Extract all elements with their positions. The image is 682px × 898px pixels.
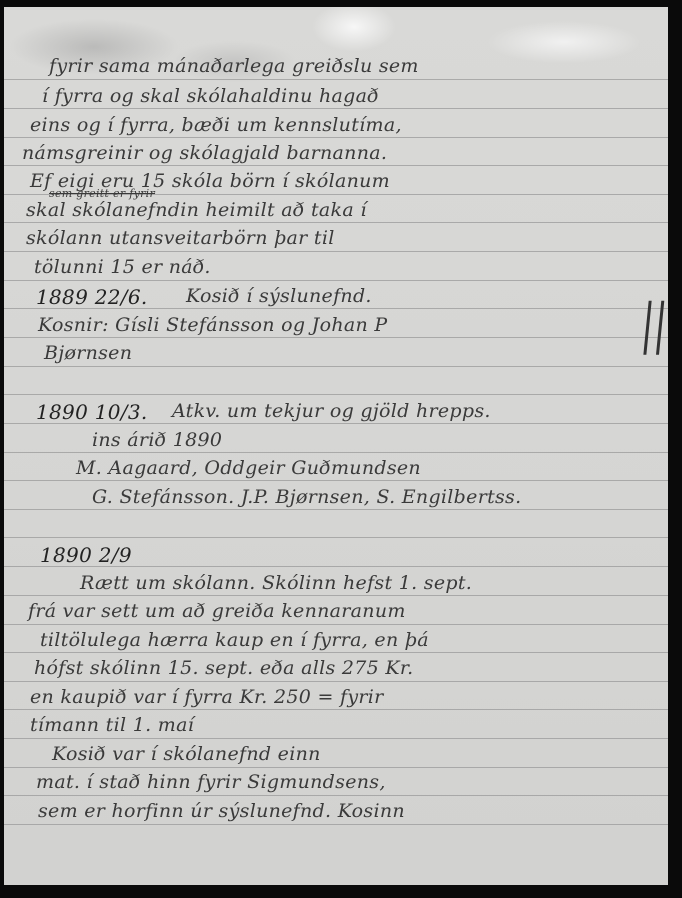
- text-line: námsgreinir og skólagjald barnanna.: [22, 144, 387, 163]
- rule-line: [4, 681, 668, 682]
- rule-line: [4, 366, 668, 367]
- entry-line: Bjørnsen: [44, 344, 132, 363]
- rule-line: [4, 108, 668, 109]
- rule-line: [4, 251, 668, 252]
- rule-line: [4, 480, 668, 481]
- text-line: fyrir sama mánaðarlega greiðslu sem: [49, 57, 419, 76]
- text-line: í fyrra og skal skólahaldinu hagað: [42, 87, 379, 106]
- rule-line: [4, 824, 668, 825]
- entry-date: 1890 2/9: [40, 545, 132, 565]
- rule-line: [4, 738, 668, 739]
- entry-line: en kaupið var í fyrra Kr. 250 = fyrir: [30, 688, 384, 707]
- interlinear-insertion: sem greitt er fyrir: [49, 188, 155, 199]
- entry-date: 1889 22/6.: [36, 287, 148, 307]
- rule-line: [4, 165, 668, 166]
- entry-line: tiltölulega hærra kaup en í fyrra, en þá: [40, 631, 429, 650]
- rule-line: [4, 394, 668, 395]
- entry-line: ins árið 1890: [92, 431, 222, 450]
- entry-line: M. Aagaard, Oddgeir Guðmundsen: [76, 459, 421, 478]
- entry-line: sem er horfinn úr sýslunefnd. Kosinn: [38, 802, 405, 821]
- rule-line: [4, 337, 668, 338]
- entry-line: Kosið í sýslunefnd.: [186, 287, 372, 306]
- rule-line: [4, 767, 668, 768]
- rule-line: [4, 795, 668, 796]
- entry-line: G. Stefánsson. J.P. Bjørnsen, S. Engilbe…: [92, 488, 521, 507]
- scanned-page: fyrir sama mánaðarlega greiðslu sem í fy…: [0, 0, 682, 898]
- rule-line: [4, 652, 668, 653]
- margin-double-bar: ||: [639, 297, 668, 351]
- entry-line: hófst skólinn 15. sept. eða alls 275 Kr.: [34, 659, 413, 678]
- rule-line: [4, 595, 668, 596]
- text-line: skal skólanefndin heimilt að taka í: [26, 201, 367, 220]
- entry-line: Kosnir: Gísli Stefánsson og Johan P: [38, 316, 387, 335]
- rule-line: [4, 509, 668, 510]
- text-line: eins og í fyrra, bæði um kennslutíma,: [30, 116, 402, 135]
- rule-line: [4, 280, 668, 281]
- ledger-paper: fyrir sama mánaðarlega greiðslu sem í fy…: [4, 7, 668, 885]
- entry-line: frá var sett um að greiða kennaranum: [28, 602, 406, 621]
- rule-line: [4, 79, 668, 80]
- entry-date: 1890 10/3.: [36, 402, 148, 422]
- entry-line: Rætt um skólann. Skólinn hefst 1. sept.: [80, 574, 472, 593]
- rule-line: [4, 452, 668, 453]
- text-line: tölunni 15 er náð.: [34, 258, 211, 277]
- rule-line: [4, 624, 668, 625]
- text-line: skólann utansveitarbörn þar til: [26, 229, 335, 248]
- rule-line: [4, 709, 668, 710]
- entry-line: tímann til 1. maí: [30, 716, 194, 735]
- entry-line: Atkv. um tekjur og gjöld hrepps.: [172, 402, 491, 421]
- rule-line: [4, 222, 668, 223]
- rule-line: [4, 537, 668, 538]
- rule-line: [4, 137, 668, 138]
- entry-line: mat. í stað hinn fyrir Sigmundsens,: [36, 773, 386, 792]
- entry-line: Kosið var í skólanefnd einn: [52, 745, 321, 764]
